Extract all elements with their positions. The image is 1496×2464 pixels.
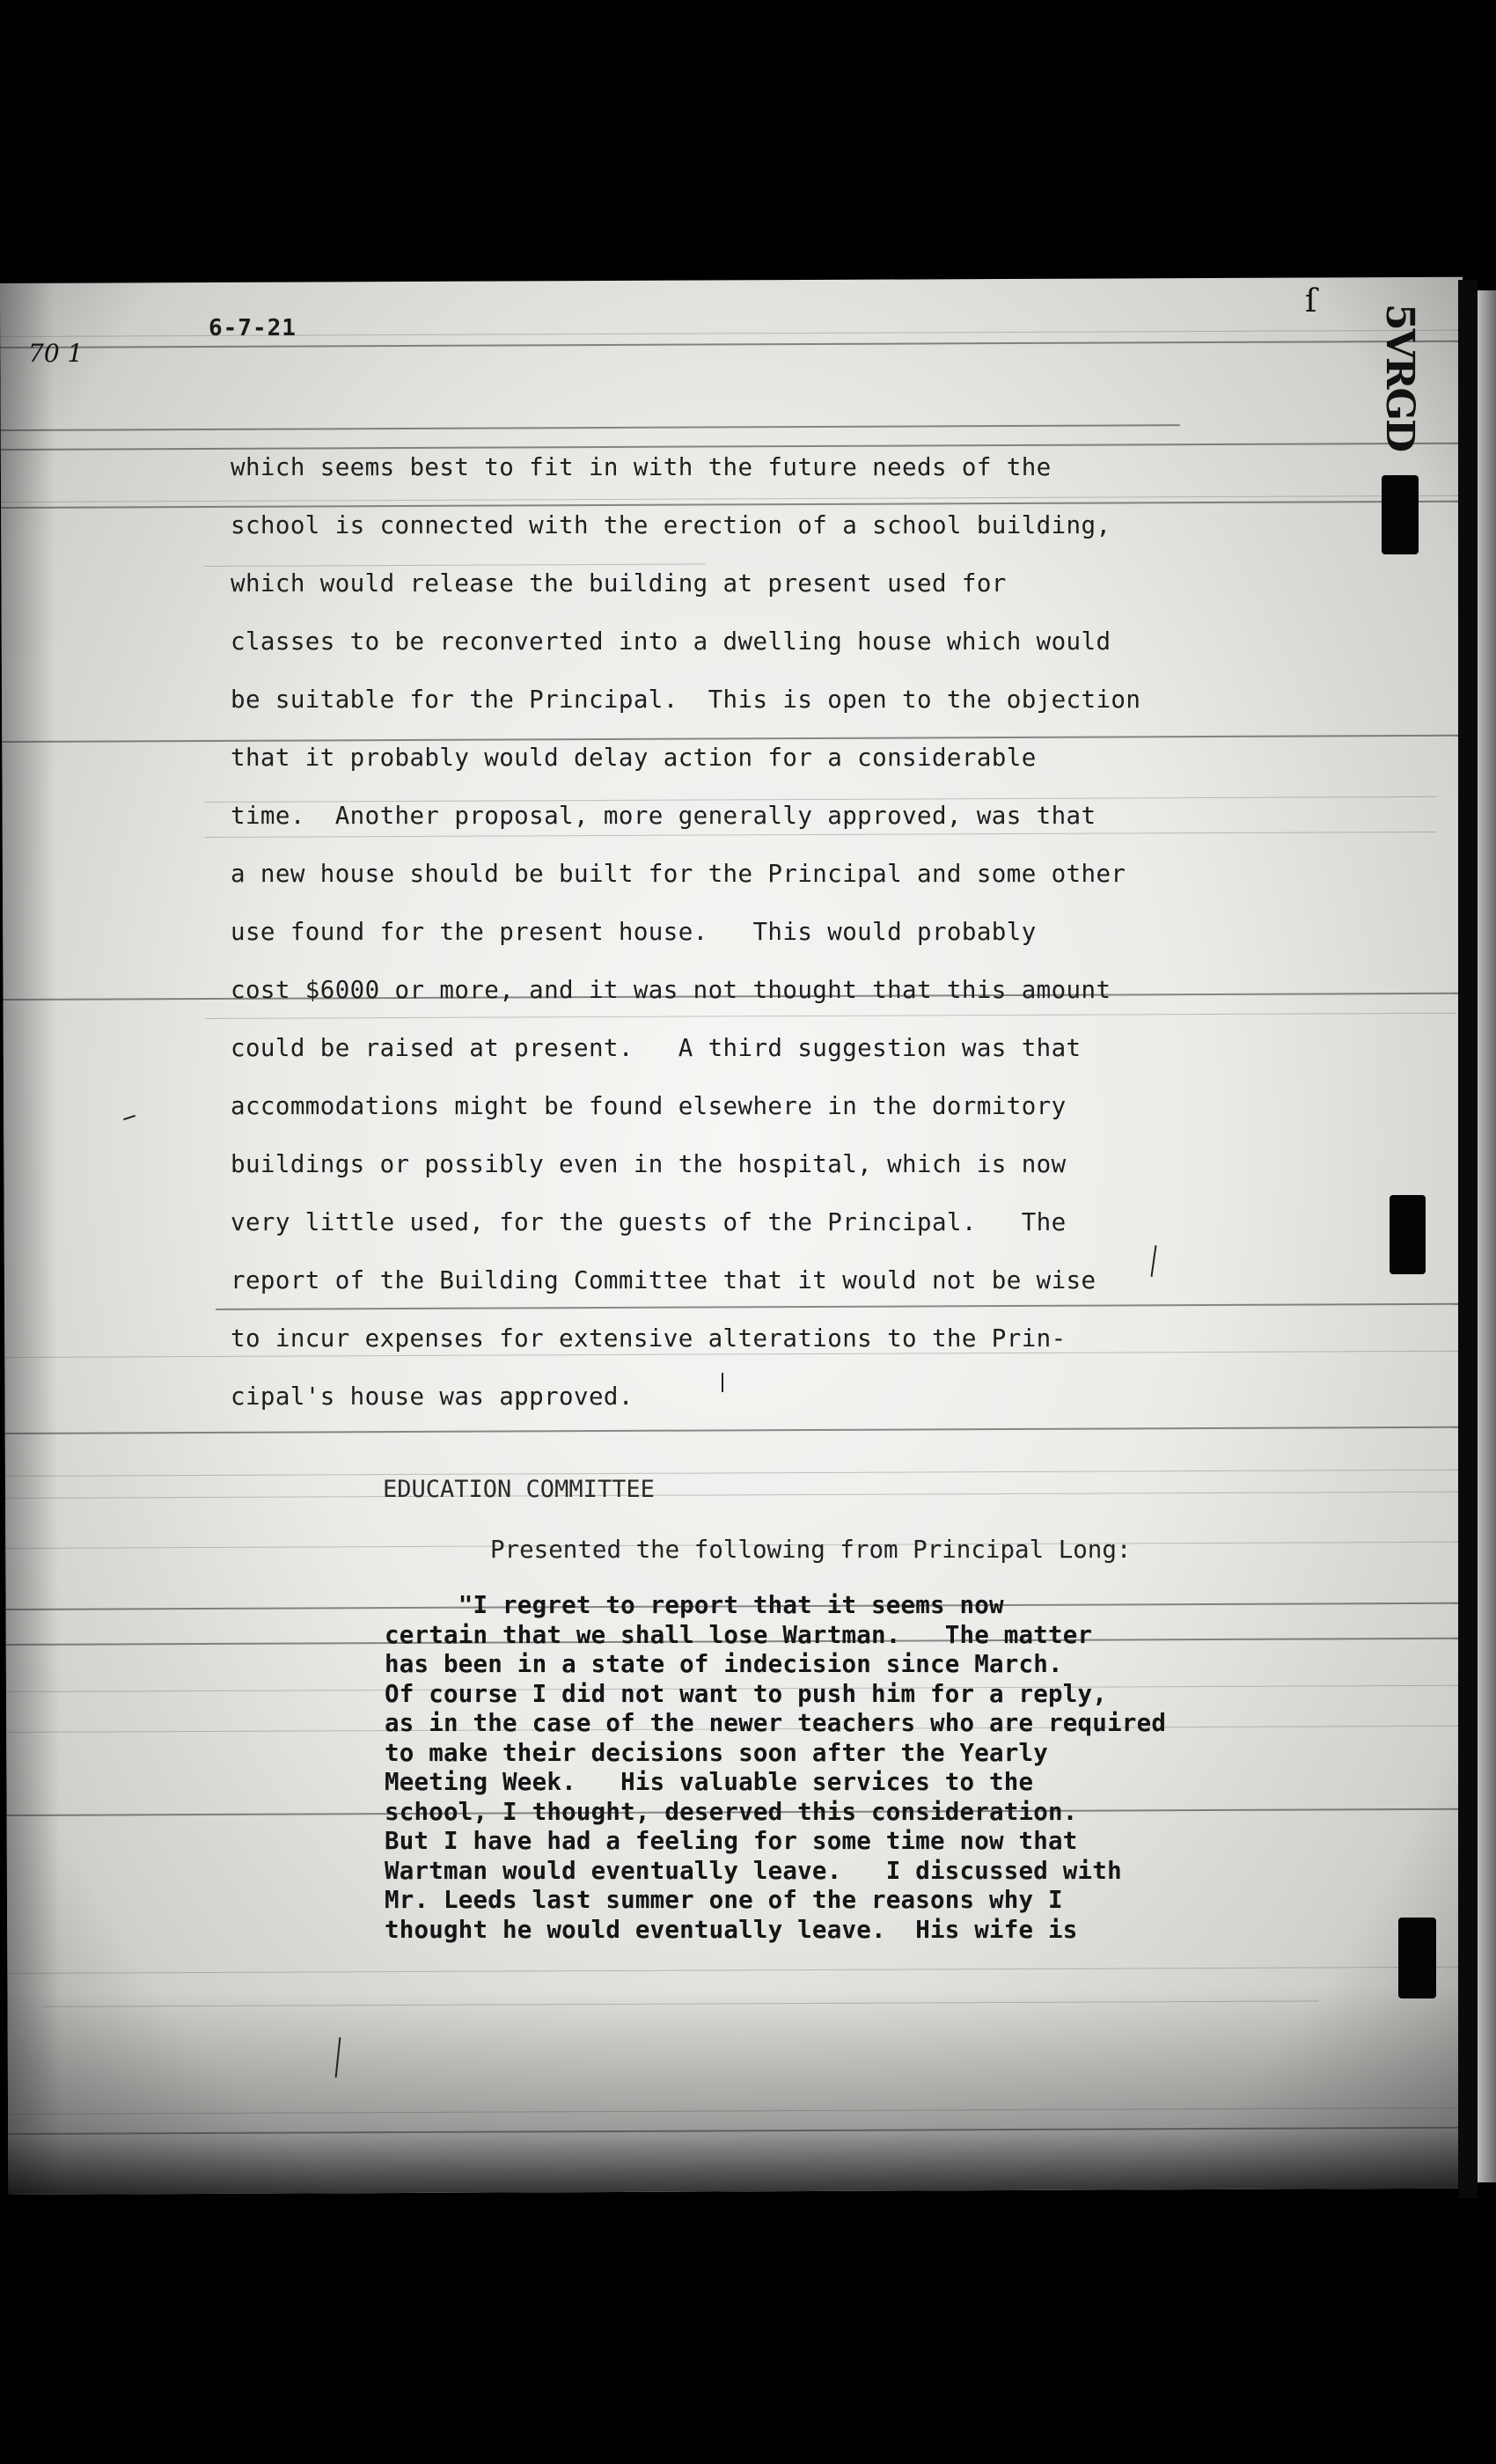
quote-line: Mr. Leeds last summer one of the reasons… — [385, 1886, 1063, 1914]
ruled-line — [5, 1426, 1468, 1434]
pen-stroke-mark — [722, 1373, 723, 1392]
side-stamp-code: 5VRGD — [1373, 304, 1426, 436]
presented-line: Presented the following from Principal L… — [490, 1536, 1131, 1564]
body-line: use found for the present house. This wo… — [231, 918, 1037, 946]
ruled-line — [205, 832, 1437, 838]
quote-line: as in the case of the newer teachers who… — [385, 1709, 1166, 1737]
quote-line: Meeting Week. His valuable services to t… — [385, 1768, 1033, 1796]
ruled-line — [203, 564, 705, 567]
body-line: school is connected with the erection of… — [231, 511, 1111, 539]
quote-line: to make their decisions soon after the Y… — [385, 1739, 1048, 1767]
body-line: very little used, for the guests of the … — [231, 1208, 1067, 1236]
handwritten-corner-mark: ſ — [1305, 283, 1316, 319]
body-line: could be raised at present. A third sugg… — [231, 1034, 1082, 1062]
body-line: classes to be reconverted into a dwellin… — [231, 627, 1111, 656]
ruled-line — [216, 1303, 1465, 1310]
edge-marker-middle — [1390, 1195, 1426, 1274]
ruled-line — [1, 424, 1180, 431]
body-line: time. Another proposal, more generally a… — [231, 802, 1096, 830]
section-heading: EDUCATION COMMITTEE — [383, 1476, 655, 1503]
quote-line: has been in a state of indecision since … — [385, 1650, 1063, 1678]
quote-line: Of course I did not want to push him for… — [385, 1680, 1107, 1708]
body-line: buildings or possibly even in the hospit… — [231, 1150, 1067, 1178]
handwritten-page-number: 70 1 — [28, 339, 83, 368]
ruled-line — [1, 501, 1463, 509]
body-line: report of the Building Committee that it… — [231, 1266, 1096, 1294]
body-line: a new house should be built for the Prin… — [231, 860, 1126, 888]
edge-marker-top — [1382, 475, 1419, 554]
ruled-line — [206, 1013, 1456, 1019]
ruled-line — [8, 2108, 1470, 2115]
body-line: be suitable for the Principal. This is o… — [231, 686, 1140, 714]
ruled-line — [43, 2000, 1319, 2006]
quote-line: certain that we shall lose Wartman. The … — [385, 1621, 1092, 1649]
ruled-line — [1, 443, 1463, 451]
body-line: that it probably would delay action for … — [231, 744, 1037, 772]
binding-edge-bar — [1458, 280, 1478, 2198]
ruled-line — [8, 2127, 1470, 2135]
quote-line: school, I thought, deserved this conside… — [385, 1798, 1078, 1826]
document-date: 6-7-21 — [209, 315, 297, 341]
ruled-line — [0, 341, 1463, 348]
quote-line: But I have had a feeling for some time n… — [385, 1827, 1078, 1855]
quote-line: "I regret to report that it seems now — [385, 1591, 1004, 1619]
body-line: to incur expenses for extensive alterati… — [231, 1324, 1067, 1353]
quote-line: Wartman would eventually leave. I discus… — [385, 1857, 1122, 1885]
ruled-line — [2, 735, 1464, 743]
ruled-line — [5, 1470, 1468, 1477]
body-line: accommodations might be found elsewhere … — [231, 1092, 1067, 1120]
body-line: which would release the building at pres… — [231, 569, 1007, 598]
adjacent-page-strip — [1478, 290, 1496, 2182]
quote-line: thought he would eventually leave. His w… — [385, 1916, 1078, 1944]
ruled-line — [7, 1967, 1470, 1974]
body-line: cipal's house was approved. — [231, 1382, 634, 1411]
body-line: cost $6000 or more, and it was not thoug… — [231, 976, 1111, 1004]
edge-marker-bottom — [1398, 1918, 1436, 1998]
body-line: which seems best to fit in with the futu… — [231, 453, 1052, 481]
ruled-line — [5, 1492, 1468, 1499]
